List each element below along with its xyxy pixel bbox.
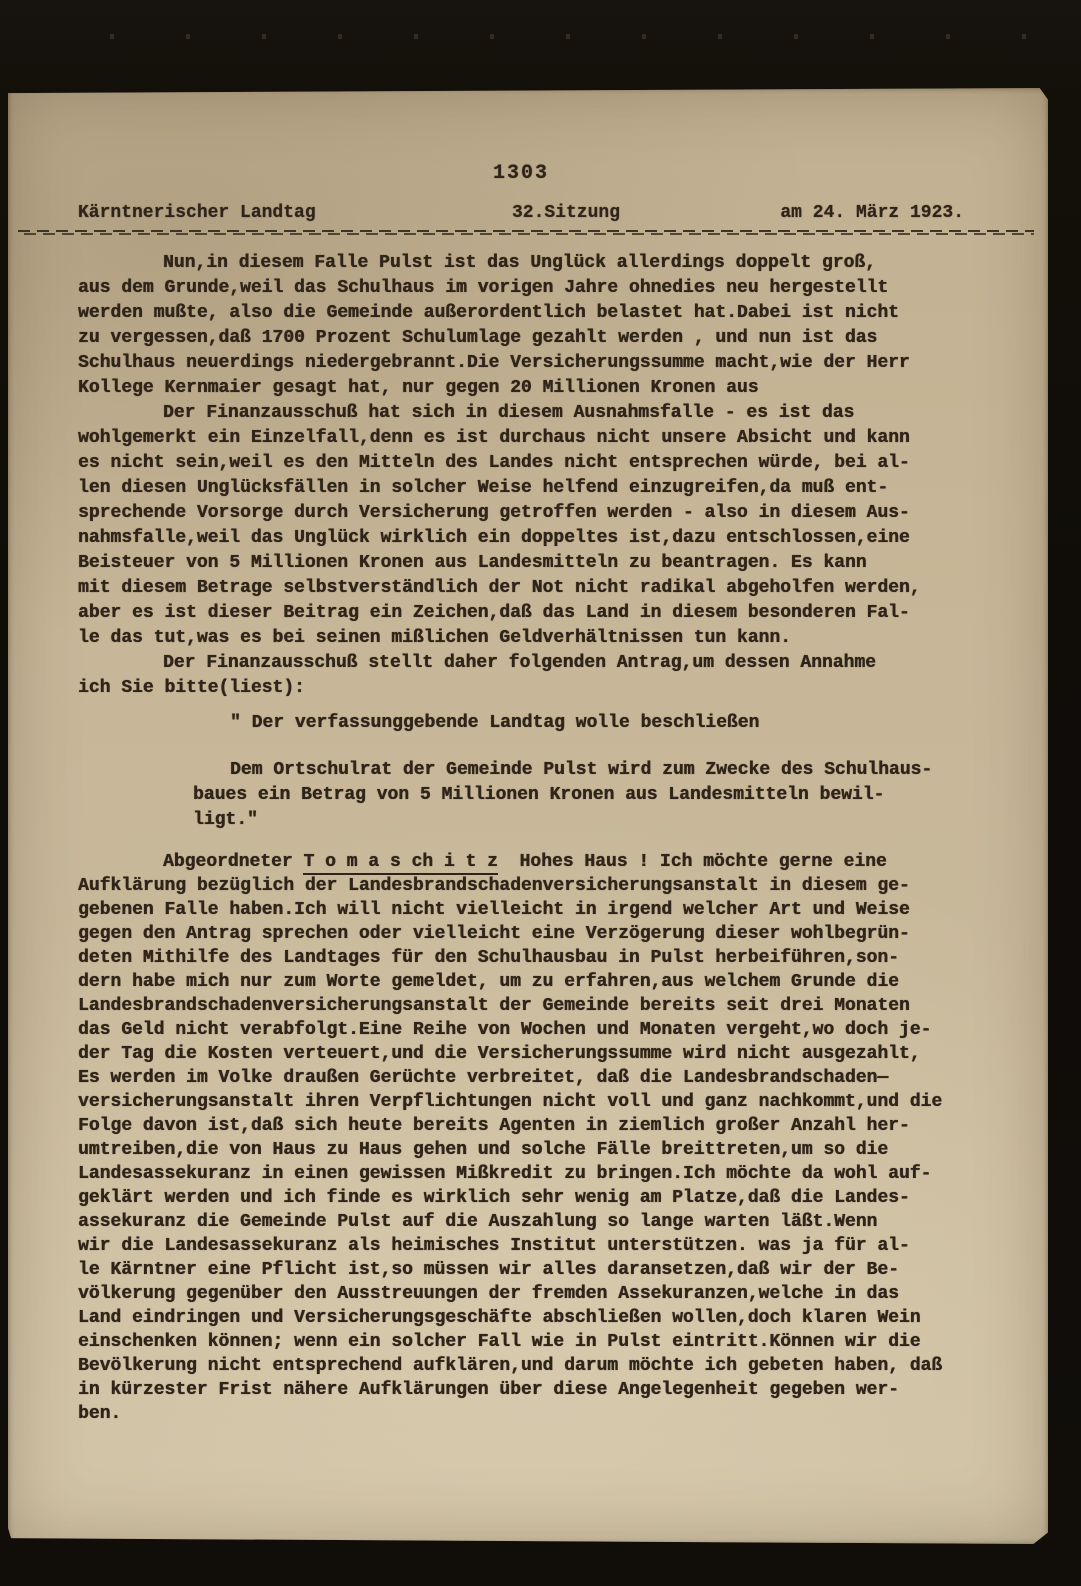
speaker-name-underlined: T o m a s ch i t z — [303, 852, 497, 875]
header-session-date: am 24. März 1923. — [780, 203, 964, 223]
text-line: nahmsfalle,weil das Unglück wirklich ein… — [78, 526, 964, 551]
text-line: ben. — [78, 1402, 964, 1426]
text-line: der Tag die Kosten verteuert,und die Ver… — [78, 1042, 964, 1066]
text-line: wir die Landesassekuranz als heimisches … — [78, 1234, 964, 1258]
text-line: Der Finanzausschuß stellt daher folgende… — [78, 651, 964, 676]
text-line: aus dem Grunde,weil das Schulhaus im vor… — [78, 276, 964, 301]
text-line: Abgeordneter T o m a s ch i t z Hohes Ha… — [78, 850, 964, 874]
text-line: einschenken können; wenn ein solcher Fal… — [78, 1330, 964, 1354]
text-line: ich Sie bitte(liest): — [78, 676, 964, 701]
header-session-number: 32.Sitzung — [512, 203, 620, 223]
text-line: gebenen Falle haben.Ich will nicht viell… — [78, 898, 964, 922]
scan-perforation-dots — [110, 34, 1031, 39]
text-line: umtreiben,die von Haus zu Haus gehen und… — [78, 1138, 964, 1162]
text-line: Es werden im Volke draußen Gerüchte verb… — [78, 1066, 964, 1090]
text-line: in kürzester Frist nähere Aufklärungen ü… — [78, 1378, 964, 1402]
speech-tomaschitz: Abgeordneter T o m a s ch i t z Hohes Ha… — [78, 850, 964, 1426]
header-divider-rule — [78, 230, 964, 235]
text-line: Nun,in diesem Falle Pulst ist das Unglüc… — [78, 251, 964, 276]
text-line: Bevölkerung nicht entsprechend aufklären… — [78, 1354, 964, 1378]
header-assembly-title: Kärntnerischer Landtag — [78, 203, 316, 223]
motion-text: Dem Ortschulrat der Gemeinde Pulst wird … — [193, 758, 964, 833]
text-line: dern habe mich nur zum Worte gemeldet, u… — [78, 970, 964, 994]
text-line: versicherungsanstalt ihren Verpflichtung… — [78, 1090, 964, 1114]
text-line: Kollege Kernmaier gesagt hat, nur gegen … — [78, 376, 964, 401]
text-line: ligt." — [193, 808, 964, 833]
text-line: sprechende Vorsorge durch Versicherung g… — [78, 501, 964, 526]
motion-heading: " Der verfassunggebende Landtag wolle be… — [78, 711, 964, 736]
text-line: le Kärntner eine Pflicht ist,so müssen w… — [78, 1258, 964, 1282]
text-line: len diesen Unglücksfällen in solcher Wei… — [78, 476, 964, 501]
page-body: Nun,in diesem Falle Pulst ist das Unglüc… — [78, 251, 964, 1426]
text-line: assekuranz die Gemeinde Pulst auf die Au… — [78, 1210, 964, 1234]
text-line: mit diesem Betrage selbstverständlich de… — [78, 576, 964, 601]
text-line: " Der verfassunggebende Landtag wolle be… — [230, 711, 964, 736]
text-line: wohlgemerkt ein Einzelfall,denn es ist d… — [78, 426, 964, 451]
paragraph-1: Nun,in diesem Falle Pulst ist das Unglüc… — [78, 251, 964, 401]
text-line: werden mußte, also die Gemeinde außerord… — [78, 301, 964, 326]
text-line: baues ein Betrag von 5 Millionen Kronen … — [193, 783, 964, 808]
text-line: Folge davon ist,daß sich heute bereits A… — [78, 1114, 964, 1138]
text-line: Landesbrandschadenversicherungsanstalt d… — [78, 994, 964, 1018]
page-number: 1303 — [78, 162, 964, 185]
text-line: völkerung gegenüber den Ausstreuungen de… — [78, 1282, 964, 1306]
document-page: 1303 Kärntnerischer Landtag 32.Sitzung a… — [8, 88, 1048, 1544]
page-inner: 1303 Kärntnerischer Landtag 32.Sitzung a… — [8, 162, 1048, 1426]
text-line: Schulhaus neuerdings niedergebrannt.Die … — [78, 351, 964, 376]
text-line: geklärt werden und ich finde es wirklich… — [78, 1186, 964, 1210]
text-line: Beisteuer von 5 Millionen Kronen aus Lan… — [78, 551, 964, 576]
text-line: Aufklärung bezüglich der Landesbrandscha… — [78, 874, 964, 898]
text-line: le das tut,was es bei seinen mißlichen G… — [78, 626, 964, 651]
text-line: Land eindringen und Versicherungsgeschäf… — [78, 1306, 964, 1330]
text-segment: Hohes Haus ! Ich möchte gerne eine — [498, 852, 887, 872]
text-line: zu vergessen,daß 1700 Prozent Schulumlag… — [78, 326, 964, 351]
paragraph-3: Der Finanzausschuß stellt daher folgende… — [78, 651, 964, 701]
paragraph-2: Der Finanzausschuß hat sich in diesem Au… — [78, 401, 964, 651]
text-segment: Abgeordneter — [163, 852, 303, 872]
text-line: deten Mithilfe des Landtages für den Sch… — [78, 946, 964, 970]
text-line: aber es ist dieser Beitrag ein Zeichen,d… — [78, 601, 964, 626]
text-line: Landesassekuranz in einen gewissen Mißkr… — [78, 1162, 964, 1186]
text-line: es nicht sein,weil es den Mitteln des La… — [78, 451, 964, 476]
text-line: Dem Ortschulrat der Gemeinde Pulst wird … — [193, 758, 964, 783]
text-line: gegen den Antrag sprechen oder vielleich… — [78, 922, 964, 946]
text-line: Der Finanzausschuß hat sich in diesem Au… — [78, 401, 964, 426]
page-header: Kärntnerischer Landtag 32.Sitzung am 24.… — [78, 203, 964, 223]
text-line: das Geld nicht verabfolgt.Eine Reihe von… — [78, 1018, 964, 1042]
